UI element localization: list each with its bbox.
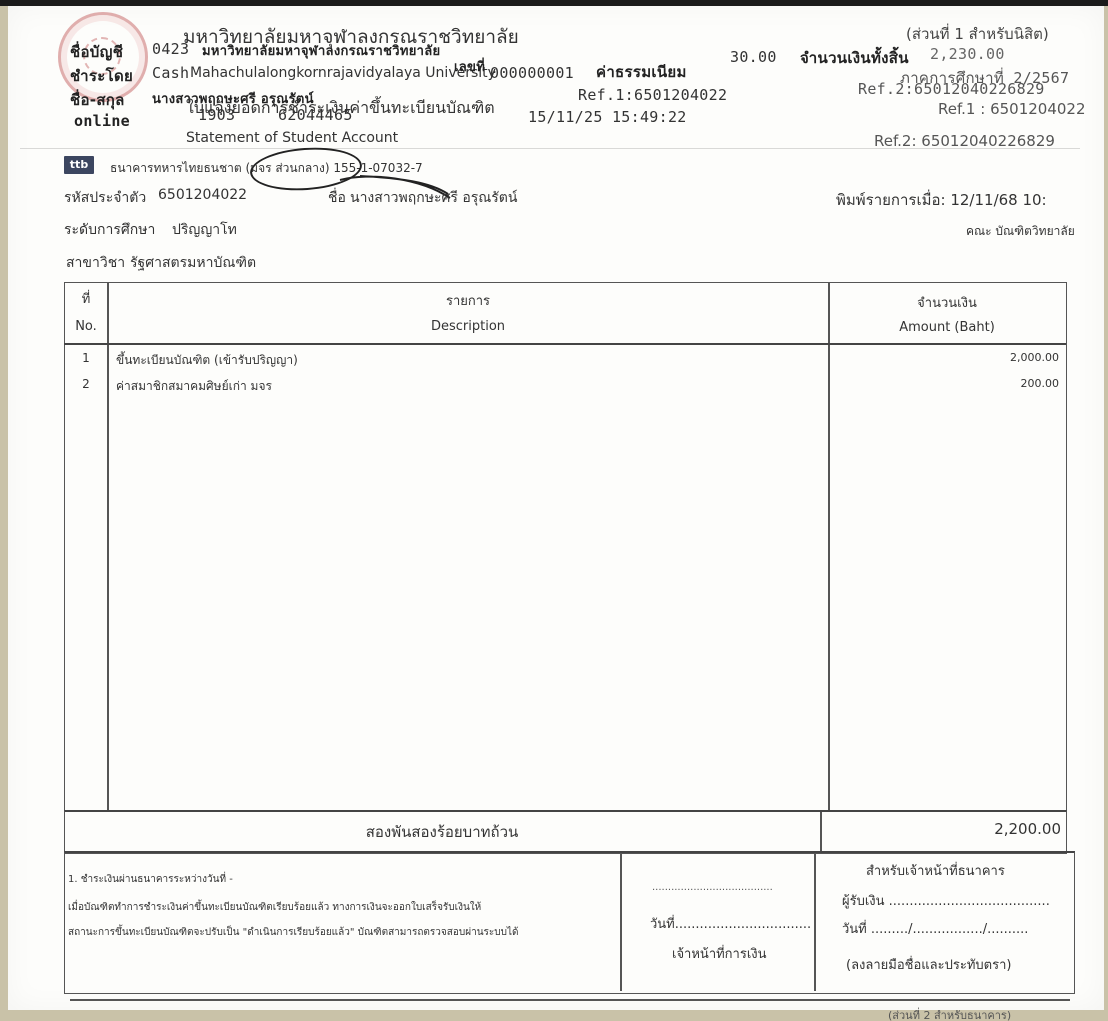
- receiver-field: ผู้รับเงิน .............................…: [842, 890, 1050, 911]
- bottom-separator: [70, 999, 1070, 1001]
- branch-code: 1903: [198, 106, 235, 124]
- fee-value: 30.00: [730, 48, 777, 66]
- total-amount: 2,200.00: [821, 820, 1061, 838]
- major-value: รัฐศาสตรมหาบัณฑิต: [130, 252, 256, 274]
- education-level-label: ระดับการศึกษา: [64, 219, 155, 241]
- payment-note-3: สถานะการขึ้นทะเบียนบัณฑิตจะปรับเป็น "ดำเ…: [68, 925, 519, 940]
- header-no-en: No.: [64, 319, 108, 334]
- bank-date-field: วันที่ ........./................./.....…: [842, 918, 1028, 939]
- faculty: คณะ บัณฑิตวิทยาลัย: [966, 222, 1075, 241]
- receipt-number-value: 000000001: [490, 64, 574, 82]
- full-name-label: ชื่อ-สกุล: [70, 88, 125, 112]
- student-name-label: ชื่อ: [328, 187, 346, 209]
- total-label: จำนวนเงินทั้งสิ้น: [800, 46, 909, 70]
- finance-date-field: วันที่.................................: [650, 913, 811, 934]
- major-label: สาขาวิชา: [66, 252, 125, 274]
- fee-label: ค่าธรรมเนียม: [596, 60, 687, 84]
- statement-title-english: Statement of Student Account: [186, 130, 398, 146]
- ref1-printed: Ref.1:6501204022: [578, 86, 727, 104]
- row-description: ค่าสมาชิกสมาคมศิษย์เก่า มจร: [116, 377, 272, 396]
- header-divider: [64, 343, 1066, 345]
- bank-officer-title: สำหรับเจ้าหน้าที่ธนาคาร: [866, 860, 1005, 881]
- slip-divider: [20, 148, 1080, 149]
- row-number: 2: [64, 377, 108, 391]
- education-level-value: ปริญญาโท: [172, 219, 237, 241]
- footer-divider-1: [620, 853, 622, 991]
- paid-by-value: Cash: [152, 64, 189, 82]
- paid-by-label: ชำระโดย: [70, 64, 133, 88]
- row-amount: 200.00: [829, 377, 1059, 390]
- account-name-label: ชื่อบัญชี: [70, 40, 123, 64]
- part-2-label: (ส่วนที่ 2 สำหรับธนาคาร): [888, 1006, 1011, 1021]
- header-description-th: รายการ: [108, 290, 828, 311]
- channel-label: online: [74, 112, 130, 130]
- ref2-printed: Ref.2:65012040226829: [858, 80, 1045, 98]
- university-name-english: Mahachulalongkornrajavidyalaya Universit…: [190, 65, 496, 81]
- row-number: 1: [64, 351, 108, 365]
- header-no-th: ที่: [64, 288, 108, 309]
- account-code: 0423: [152, 40, 189, 58]
- finance-signature-line: ......................................: [652, 882, 773, 893]
- row-description: ขึ้นทะเบียนบัณฑิต (เข้ารับปริญญา): [116, 351, 298, 370]
- bank-logo: ttb: [64, 156, 94, 174]
- account-name-value: มหาวิทยาลัยมหาจุฬาลงกรณราชวิทยาลัย: [202, 40, 440, 61]
- sign-stamp-label: (ลงลายมือชื่อและประทับตรา): [846, 954, 1011, 975]
- row-amount: 2,000.00: [829, 351, 1059, 364]
- payment-note-2: เมื่อบัณฑิตทำการชำระเงินค่าขึ้นทะเบียนบั…: [68, 900, 481, 915]
- student-id-value: 6501204022: [158, 187, 247, 203]
- payment-note-1: 1. ชำระเงินผ่านธนาคารระหว่างวันที่ -: [68, 872, 233, 887]
- student-id-label: รหัสประจำตัว: [64, 187, 146, 209]
- receipt-number-label: เลขที่: [454, 56, 485, 77]
- header-description-en: Description: [108, 319, 828, 334]
- teller-code: 62044465: [278, 106, 353, 124]
- header-amount-th: จำนวนเงิน: [829, 292, 1065, 313]
- footer-divider-2: [814, 853, 816, 991]
- ref1: Ref.1 : 6501204022: [938, 100, 1086, 118]
- student-name-value: นางสาวพฤกษะศรี อรุณรัตน์: [350, 187, 517, 209]
- total-amount-in-words: สองพันสองร้อยบาทถ้วน: [64, 820, 820, 844]
- printed-at: พิมพ์รายการเมื่อ: 12/11/68 10:: [836, 188, 1047, 212]
- finance-officer-label: เจ้าหน้าที่การเงิน: [672, 943, 767, 964]
- header-amount-en: Amount (Baht): [829, 320, 1065, 335]
- total-value: 2,230.00: [930, 45, 1005, 63]
- part-1-label: (ส่วนที่ 1 สำหรับนิสิต): [906, 22, 1049, 46]
- printed-datetime: 15/11/25 15:49:22: [528, 108, 687, 126]
